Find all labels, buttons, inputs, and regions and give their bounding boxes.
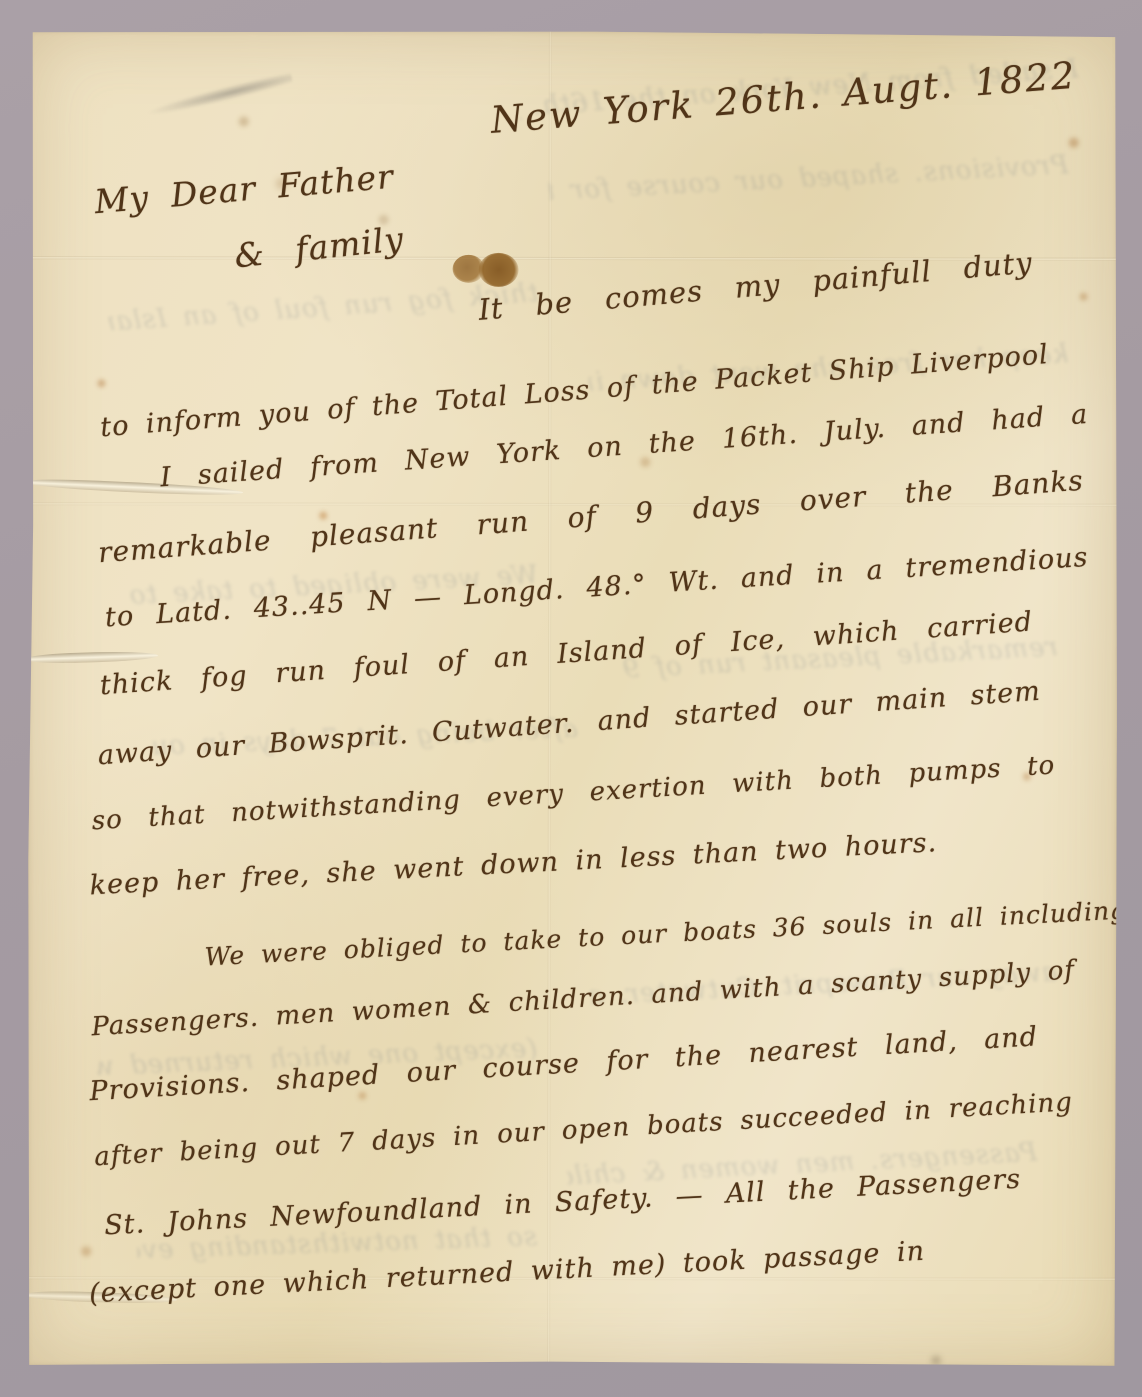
ink-blot [479,253,519,287]
dateline-text: New York 26th. Augt. 1822 [489,57,1039,142]
body-line: after being out 7 days in our open boats… [94,1087,1074,1172]
tear-mark [28,650,158,664]
salutation-line: & family [233,219,406,275]
scan-background: I sailed from New York on the 16th. July… [0,0,1142,1397]
body-line: We were obliged to take to our boats 36 … [204,897,1089,971]
salutation-line: My Dear Father [93,157,395,222]
body-line: (except one which returned with me) took… [88,1238,879,1309]
body-line: so that notwithstanding every exertion w… [91,750,1056,836]
body-line: keep her free, she went down in less tha… [89,828,929,902]
fold-crease-vertical [547,31,552,1367]
bleedthrough-text: Provisions. shaped our course for the ne… [548,150,1069,206]
pencil-smudge [144,71,293,121]
bleedthrough-text: thick fog run foul of an Island of Ice, … [108,278,539,337]
body-line: St. Johns Newfoundland in Safety. — All … [103,1164,1021,1242]
foxing-spots [29,30,35,36]
letter-page: I sailed from New York on the 16th. July… [27,30,1118,1368]
